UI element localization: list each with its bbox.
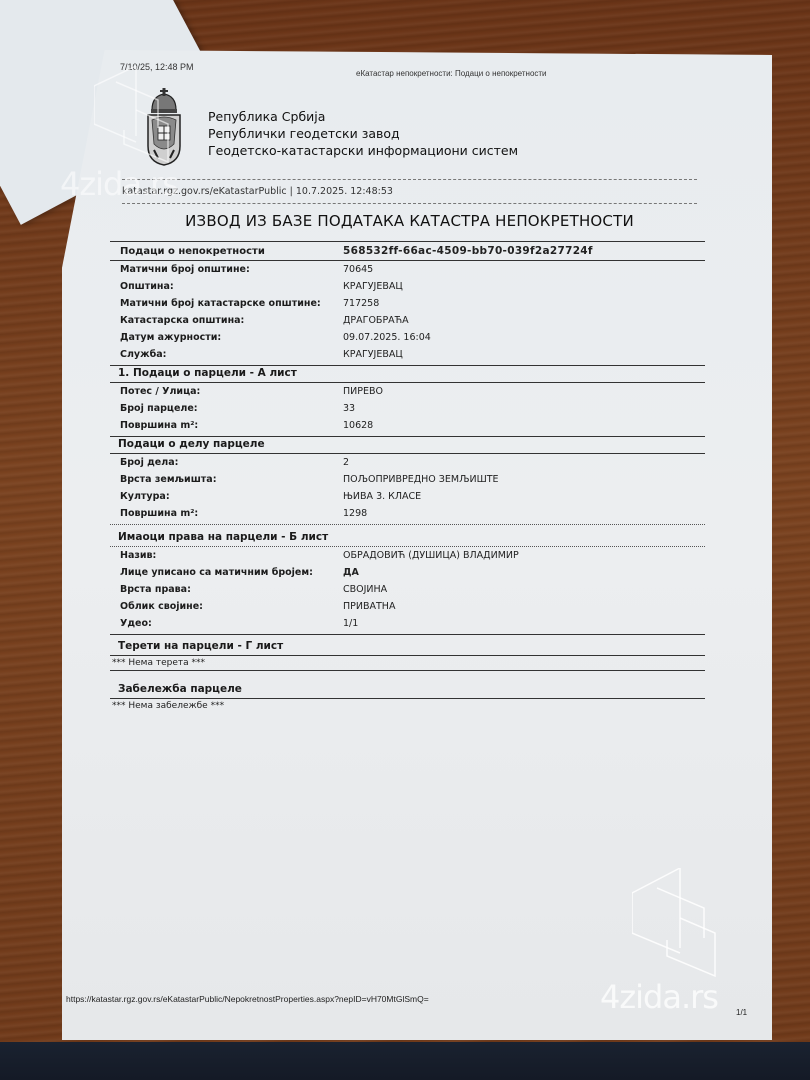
- owner-field-label: Лице уписано са матичним бројем:: [110, 567, 343, 578]
- watermark-text: 4zida.rs: [600, 978, 718, 1016]
- watermark-text: 4zida.rs: [60, 165, 178, 203]
- owner-field-label: Назив:: [110, 550, 343, 561]
- remarks-section: Забележба парцеле *** Нема забележбе ***: [110, 680, 705, 713]
- remarks-note: *** Нема забележбе ***: [110, 699, 705, 713]
- property-field-row: Општина:КРАГУЈЕВАЦ: [110, 278, 705, 295]
- parcel-section-title: 1. Подаци о парцели - А лист: [110, 364, 705, 382]
- footer-url: https://katastar.rgz.gov.rs/eKatastarPub…: [66, 994, 429, 1004]
- property-field-label: Служба:: [110, 349, 343, 360]
- parcel-field-value: 33: [343, 403, 355, 414]
- parcel-part-field-row: Култура:ЊИВА 3. КЛАСЕ: [110, 488, 705, 505]
- property-field-row: Датум ажурности:09.07.2025. 16:04: [110, 329, 705, 346]
- parcel-part-field-label: Врста земљишта:: [110, 474, 343, 485]
- property-field-label: Матични број катастарске општине:: [110, 298, 343, 309]
- page-number: 1/1: [736, 1008, 747, 1017]
- property-field-label: Матични број општине:: [110, 264, 343, 275]
- owner-field-value: СВОЈИНА: [343, 584, 387, 595]
- property-field-row: Катастарска општина:ДРАГОБРАЋА: [110, 312, 705, 329]
- owners-section-title: Имаоци права на парцели - Б лист: [110, 528, 705, 546]
- property-field-value: 717258: [343, 298, 379, 309]
- encumbrances-section-title: Терети на парцели - Г лист: [110, 637, 705, 655]
- parcel-field-row: Површина m²:10628: [110, 417, 705, 434]
- parcel-field-label: Потес / Улица:: [110, 386, 343, 397]
- divider: [122, 179, 697, 180]
- owner-field-value: ПРИВАТНА: [343, 601, 395, 612]
- owner-field-value: 1/1: [343, 618, 358, 629]
- parcel-part-field-row: Број дела:2: [110, 454, 705, 471]
- parcel-part-section: Подаци о делу парцеле Број дела:2Врста з…: [110, 435, 705, 525]
- property-field-label: Катастарска општина:: [110, 315, 343, 326]
- org-country: Република Србија: [208, 108, 518, 125]
- owner-field-value: ОБРАДОВИЋ (ДУШИЦА) ВЛАДИМИР: [343, 550, 519, 561]
- remarks-section-title: Забележба парцеле: [110, 680, 705, 698]
- property-field-value: ДРАГОБРАЋА: [343, 315, 409, 326]
- property-field-value: 70645: [343, 264, 373, 275]
- owner-field-row: Лице уписано са матичним бројем:ДА: [110, 564, 705, 581]
- parcel-field-row: Потес / Улица:ПИРЕВО: [110, 383, 705, 400]
- parcel-field-value: 10628: [343, 420, 373, 431]
- parcel-section: 1. Подаци о парцели - А лист Потес / Ули…: [110, 364, 705, 437]
- parcel-part-field-label: Број дела:: [110, 457, 343, 468]
- owner-field-row: Облик својине:ПРИВАТНА: [110, 598, 705, 615]
- owner-field-row: Удео:1/1: [110, 615, 705, 632]
- owner-field-label: Врста права:: [110, 584, 343, 595]
- parcel-part-field-label: Површина m²:: [110, 508, 343, 519]
- parcel-part-field-value: 2: [343, 457, 349, 468]
- parcel-part-field-value: 1298: [343, 508, 367, 519]
- parcel-field-value: ПИРЕВО: [343, 386, 383, 397]
- divider: [122, 203, 697, 204]
- parcel-part-field-row: Површина m²:1298: [110, 505, 705, 522]
- property-field-row: Матични број катастарске општине:717258: [110, 295, 705, 312]
- parcel-part-field-value: ЊИВА 3. КЛАСЕ: [343, 491, 421, 502]
- parcel-part-field-label: Култура:: [110, 491, 343, 502]
- encumbrances-note: *** Нема терета ***: [110, 656, 705, 670]
- owner-field-value: ДА: [343, 567, 359, 578]
- parcel-part-field-row: Врста земљишта:ПОЉОПРИВРЕДНО ЗЕМЉИШТЕ: [110, 471, 705, 488]
- parcel-field-label: Број парцеле:: [110, 403, 343, 414]
- parcel-part-field-value: ПОЉОПРИВРЕДНО ЗЕМЉИШТЕ: [343, 474, 499, 485]
- owner-field-label: Облик својине:: [110, 601, 343, 612]
- property-field-label: Општина:: [110, 281, 343, 292]
- property-field-label: Датум ажурности:: [110, 332, 343, 343]
- owner-field-row: Врста права:СВОЈИНА: [110, 581, 705, 598]
- 4zida-logo-icon: [632, 868, 722, 978]
- parcel-field-label: Површина m²:: [110, 420, 343, 431]
- property-field-value: КРАГУЈЕВАЦ: [343, 349, 403, 360]
- property-header-label: Подаци о непокретности: [110, 246, 343, 257]
- property-field-value: КРАГУЈЕВАЦ: [343, 281, 403, 292]
- property-field-row: Служба:КРАГУЈЕВАЦ: [110, 346, 705, 363]
- org-agency: Републички геодетски завод: [208, 125, 518, 142]
- floor-background: [0, 1042, 810, 1080]
- owner-field-row: Назив:ОБРАДОВИЋ (ДУШИЦА) ВЛАДИМИР: [110, 547, 705, 564]
- property-field-value: 09.07.2025. 16:04: [343, 332, 431, 343]
- owners-section: Имаоци права на парцели - Б лист Назив:О…: [110, 528, 705, 635]
- issuing-organization: Република Србија Републички геодетски за…: [208, 108, 518, 159]
- encumbrances-section: Терети на парцели - Г лист *** Нема тере…: [110, 637, 705, 671]
- 4zida-logo-icon: [94, 66, 174, 166]
- property-field-row: Матични број општине:70645: [110, 261, 705, 278]
- parcel-part-section-title: Подаци о делу парцеле: [110, 435, 705, 453]
- owner-field-label: Удео:: [110, 618, 343, 629]
- document-title: ИЗВОД ИЗ БАЗЕ ПОДАТАКА КАТАСТРА НЕПОКРЕТ…: [122, 212, 697, 230]
- property-id: 568532ff-66ac-4509-bb70-039f2a27724f: [343, 245, 593, 257]
- org-system: Геодетско-катастарски информациони систе…: [208, 142, 518, 159]
- property-header-row: Подаци о непокретности 568532ff-66ac-450…: [110, 242, 705, 260]
- parcel-field-row: Број парцеле:33: [110, 400, 705, 417]
- property-section: Подаци о непокретности 568532ff-66ac-450…: [110, 241, 705, 366]
- print-page-title: еКатастар непокретности: Подаци о непокр…: [356, 69, 547, 78]
